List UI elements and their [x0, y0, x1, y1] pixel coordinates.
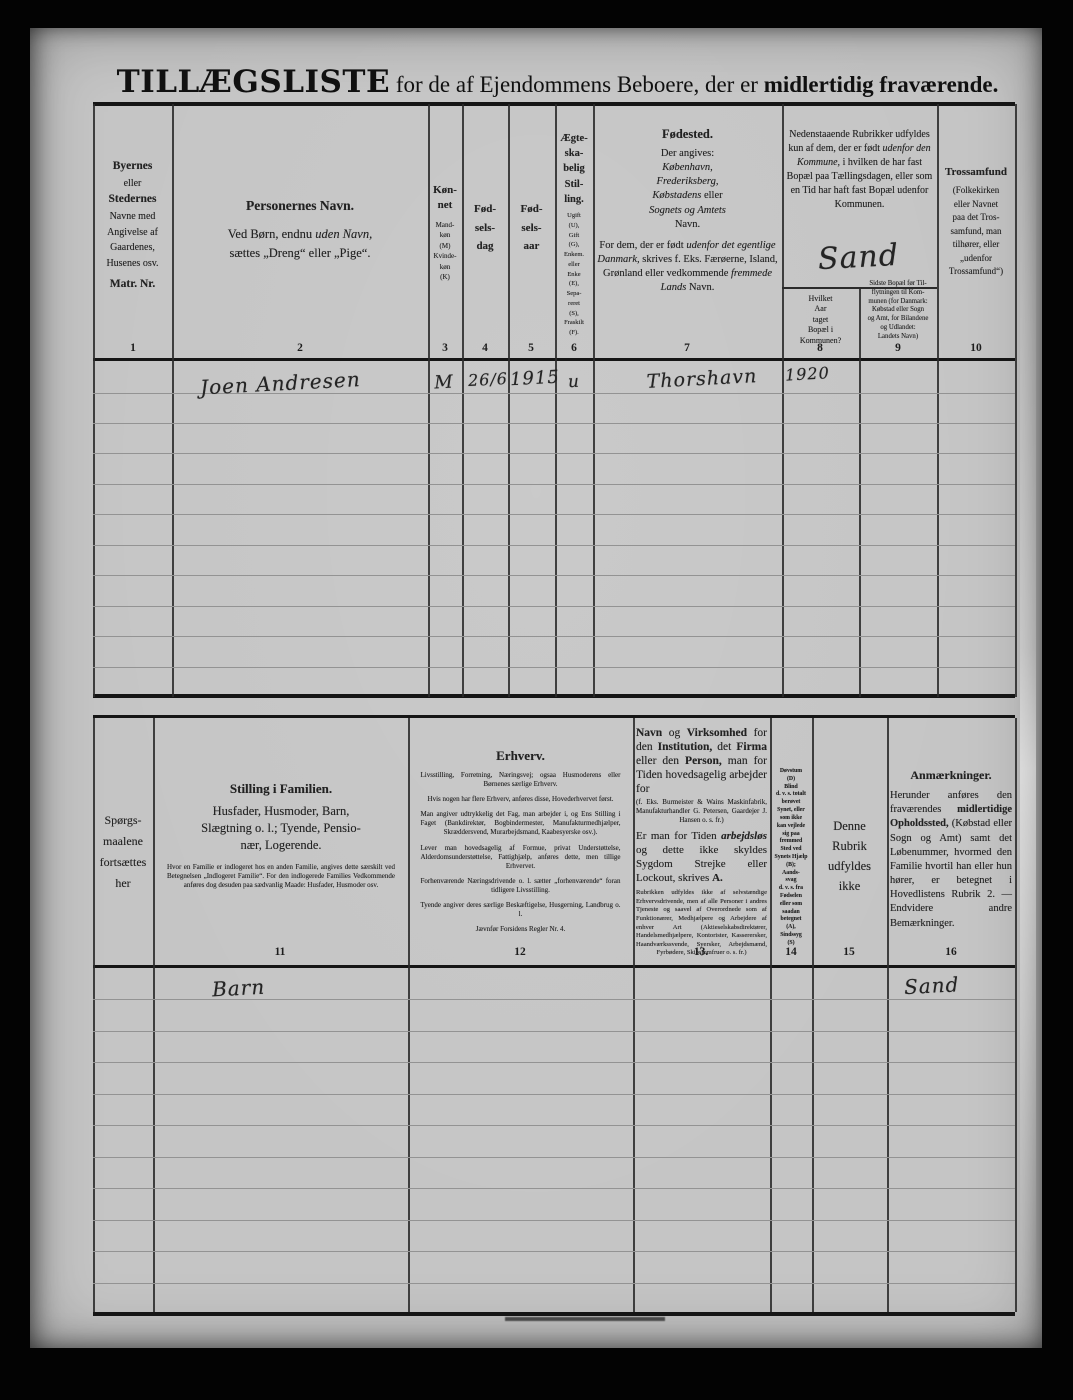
- row-divider: [93, 636, 1015, 637]
- row-divider: [93, 575, 1015, 576]
- text-run: For dem, der er født: [599, 240, 686, 251]
- column-number-3: 3: [430, 342, 460, 354]
- entry-birthplace: Thorshavn: [632, 364, 773, 393]
- text-run-bold: Firma: [736, 741, 767, 753]
- t1-header-rule: [93, 358, 1015, 361]
- printer-mark: [505, 1317, 665, 1321]
- header-matr-nr: Matr. Nr.: [95, 276, 170, 294]
- column-header-7: Fødested. Der angives: København, Freder…: [597, 126, 778, 296]
- text-run-italic: Købstadens: [652, 190, 701, 201]
- t2-vline: [93, 718, 95, 1312]
- header-ved-boern: Ved Børn, endnu uden Navn,: [176, 225, 424, 244]
- row-divider: [93, 1220, 1015, 1221]
- text-run: det: [712, 741, 736, 753]
- column-header-14: Døvstum (D) Blind d. v. s. totalt berøve…: [771, 768, 811, 948]
- header-der-angives: Der angives:: [597, 147, 778, 161]
- text-run: Ved Børn, endnu: [228, 227, 316, 241]
- header-indlogeret-note: Hvor en Familie er indlogeret hos en and…: [167, 863, 395, 890]
- column-number-2: 2: [285, 342, 315, 354]
- text-run-italic: arbejdsløs: [721, 830, 767, 842]
- entry-birth-year: 1915: [509, 367, 556, 390]
- entry-year-moved: 1920: [785, 362, 846, 384]
- entry-remark-location: Sand: [903, 969, 1024, 999]
- header-koebenhavn: København,: [597, 161, 778, 175]
- page-title: TILLÆGSLISTE for de af Ejendommens Beboe…: [93, 64, 1022, 100]
- text-run-italic: uden Navn,: [315, 227, 372, 241]
- row-divider: [93, 1251, 1015, 1252]
- column-number-1: 1: [118, 342, 148, 354]
- header-foedested: Fødested.: [597, 126, 778, 143]
- text-run-bold: Institution,: [658, 741, 713, 753]
- column-header-13: Navn og Virksomhed for den Institution, …: [636, 726, 767, 958]
- title-form-name: TILLÆGSLISTE: [117, 64, 390, 100]
- text-run-bold: Virksomhed: [687, 727, 747, 739]
- header-stilling-roller: Husfader, Husmoder, Barn, Slægtning o. l…: [158, 803, 404, 854]
- t1-vline: [1015, 104, 1017, 697]
- column-header-2: Personernes Navn. Ved Børn, endnu uden N…: [176, 196, 424, 263]
- title-emphasis: midlertidig fraværende.: [764, 72, 999, 97]
- column-header-9: Sidste Bopæl før Til- flytningen til Kom…: [861, 280, 935, 342]
- column-header-1: Byernes eller Stedernes Navne med Angive…: [95, 158, 170, 294]
- text-run: og: [662, 727, 687, 739]
- column-number-9: 9: [883, 342, 913, 354]
- header-foedselsdag: Fød- sels- dag: [464, 200, 506, 256]
- row-divider: [93, 453, 1015, 454]
- column-number-15: 15: [834, 946, 864, 958]
- column-number-7: 7: [672, 342, 702, 354]
- entry-sex: M: [427, 371, 460, 394]
- t2-vline: [1015, 718, 1017, 1312]
- column-header-4: Fød- sels- dag: [464, 200, 506, 256]
- t2-header-rule: [93, 965, 1015, 968]
- row-divider: [93, 1125, 1015, 1126]
- row-divider: [93, 606, 1015, 607]
- column-header-12: Erhverv. Livsstilling, Forretning, Nærin…: [412, 748, 629, 934]
- column-number-8: 8: [805, 342, 835, 354]
- column-number-10: 10: [961, 342, 991, 354]
- text-run: (Købstad eller Sogn og Amt) samt det Løb…: [890, 818, 1012, 928]
- column-number-12: 12: [505, 946, 535, 958]
- row-divider: [93, 1283, 1015, 1284]
- erhverv-paragraph: Forhenværende Næringsdrivende o. l. sætt…: [421, 877, 621, 895]
- header-eller: eller: [95, 176, 170, 192]
- t2-top-rule: [93, 715, 1015, 718]
- side-label-questions-continue: Spørgs- maalene fortsættes her: [94, 810, 152, 894]
- header-stedernes: Stedernes: [95, 191, 170, 209]
- header-aegteskabelig-stilling: Ægte- ska- belig Stil- ling.: [557, 131, 591, 207]
- text-run: Er man for Tiden: [636, 830, 721, 842]
- column-header-3: Køn- net Mand- køn (M) Kvinde- køn (K): [429, 183, 461, 283]
- column-number-6: 6: [559, 342, 589, 354]
- entry-family-position: Barn: [211, 971, 342, 1002]
- column-number-4: 4: [470, 342, 500, 354]
- column-header-5: Fød- sels- aar: [510, 200, 553, 256]
- t1-vline: [593, 104, 595, 697]
- erhverv-reference: Jævnfør Forsidens Regler Nr. 4.: [421, 925, 621, 934]
- erhverv-paragraph: Hvis nogen har flere Erhverv, anføres di…: [421, 795, 621, 804]
- row-divider: [93, 484, 1015, 485]
- header-koebstadens-eller: Købstadens eller: [597, 189, 778, 203]
- column-header-16: Anmærkninger. Herunder anføres den fravæ…: [890, 768, 1012, 931]
- t2-vline: [408, 718, 410, 1312]
- row-divider: [93, 514, 1015, 515]
- column-header-15: Denne Rubrik udfyldes ikke: [814, 816, 885, 896]
- text-run-bold: Person,: [685, 755, 722, 767]
- text-run: eller den: [636, 755, 685, 767]
- header-navn: Navn.: [597, 218, 778, 232]
- column-number-14: 14: [776, 946, 806, 958]
- row-divider: [93, 1062, 1015, 1063]
- header-trossamfund-note: (Folkekirken eller Navnet paa det Tros- …: [939, 184, 1013, 279]
- header-navn-virksomhed: Navn og Virksomhed for den Institution, …: [636, 726, 767, 796]
- erhverv-paragraph: Lever man hovedsagelig af Formue, privat…: [421, 844, 621, 871]
- header-stilling-i-familien: Stilling i Familien.: [158, 781, 404, 797]
- header-saettes-dreng-pige: sættes „Dreng“ eller „Pige“.: [176, 244, 424, 263]
- t2-vline: [153, 718, 155, 1312]
- header-frederiksberg: Frederiksberg,: [597, 175, 778, 189]
- header-personernes-navn: Personernes Navn.: [176, 196, 424, 216]
- header-koennet-koder: Mand- køn (M) Kvinde- køn (K): [429, 220, 461, 283]
- entry-person-name: Joen Andresen: [200, 365, 411, 400]
- header-anmaerkninger: Anmærkninger.: [890, 768, 1012, 783]
- erhverv-paragraph: Tyende angiver deres særlige Beskæftigel…: [421, 901, 621, 919]
- text-run: Navn.: [686, 282, 714, 293]
- header-navne-med: Navne med Angivelse af Gaardenes, Husene…: [95, 209, 170, 271]
- row-divider: [93, 1094, 1015, 1095]
- t1-vline: [782, 104, 784, 697]
- title-description: for de af Ejendommens Beboere, der er: [390, 72, 764, 97]
- column-header-11: Stilling i Familien. Husfader, Husmoder,…: [158, 781, 404, 890]
- scan-background: { "title": { "main": "TILLÆGSLISTE", "re…: [0, 0, 1073, 1400]
- text-run: og dette ikke skyldes Sygdom Strejke ell…: [636, 844, 767, 884]
- census-form-page: TILLÆGSLISTE for de af Ejendommens Beboe…: [30, 28, 1042, 1348]
- t1-vline: [172, 104, 174, 697]
- column-header-8: Hvilket Aar taget Bopæl i Kommunen?: [784, 294, 857, 346]
- column-number-16: 16: [936, 946, 966, 958]
- t2-vline: [887, 718, 889, 1312]
- row-divider: [93, 1031, 1015, 1032]
- row-divider: [93, 1157, 1015, 1158]
- header-aegteskab-koder: Ugift (U), Gift (G), Enkem. eller Enke (…: [557, 211, 591, 338]
- header-firma-eksempler: (f. Eks. Burmeister & Wains Maskinfabrik…: [636, 798, 767, 825]
- header-erhverv: Erhverv.: [412, 748, 629, 764]
- handwritten-sand-header: Sand: [817, 238, 900, 277]
- column-number-5: 5: [516, 342, 546, 354]
- header-koennet: Køn- net: [429, 183, 461, 214]
- header-anmaerkninger-note: Herunder anføres den fraværendes midlert…: [890, 789, 1012, 931]
- column-group-8-9-note: Nedenstaaende Rubrikker udfyldes kun af …: [786, 128, 933, 212]
- column-header-6: Ægte- ska- belig Stil- ling. Ugift (U), …: [557, 131, 591, 338]
- row-divider: [93, 1188, 1015, 1189]
- header-sognets-amtets: Sognets og Amtets: [597, 204, 778, 218]
- text-run: eller: [701, 190, 722, 201]
- header-arbejdsloes-note: Er man for Tiden arbejdsløs og dette ikk…: [636, 830, 767, 885]
- t2-vline: [633, 718, 635, 1312]
- t2-bottom-rule: [93, 1312, 1015, 1316]
- column-number-11: 11: [265, 946, 295, 958]
- row-divider: [93, 667, 1015, 668]
- header-foedselsaar: Fød- sels- aar: [510, 200, 553, 256]
- row-divider: [93, 423, 1015, 424]
- scan-edge-highlight: [1020, 108, 1036, 1308]
- header-byernes: Byernes: [95, 158, 170, 176]
- title-rule: [93, 102, 1015, 106]
- column-number-13: 13.: [686, 946, 716, 958]
- erhverv-paragraph: Man angiver udtrykkelig det Fag, man arb…: [421, 810, 621, 837]
- text-run-bold: Navn: [636, 727, 662, 739]
- t1-vline: [508, 104, 510, 697]
- header-trossamfund: Trossamfund: [939, 166, 1013, 178]
- row-divider: [93, 545, 1015, 546]
- erhverv-paragraph: Livsstilling, Forretning, Næringsvej; og…: [421, 771, 621, 789]
- t1-bottom-rule: [93, 694, 1015, 698]
- entry-birth-day: 26/6: [466, 369, 511, 390]
- entry-marital-status: u: [557, 371, 590, 393]
- header-foedested-note: For dem, der er født udenfor det egentli…: [597, 239, 778, 296]
- column-header-10: Trossamfund (Folkekirken eller Navnet pa…: [939, 166, 1013, 279]
- t2-vline: [812, 718, 814, 1312]
- text-run-bold: A.: [712, 872, 723, 884]
- t1-vline: [462, 104, 464, 697]
